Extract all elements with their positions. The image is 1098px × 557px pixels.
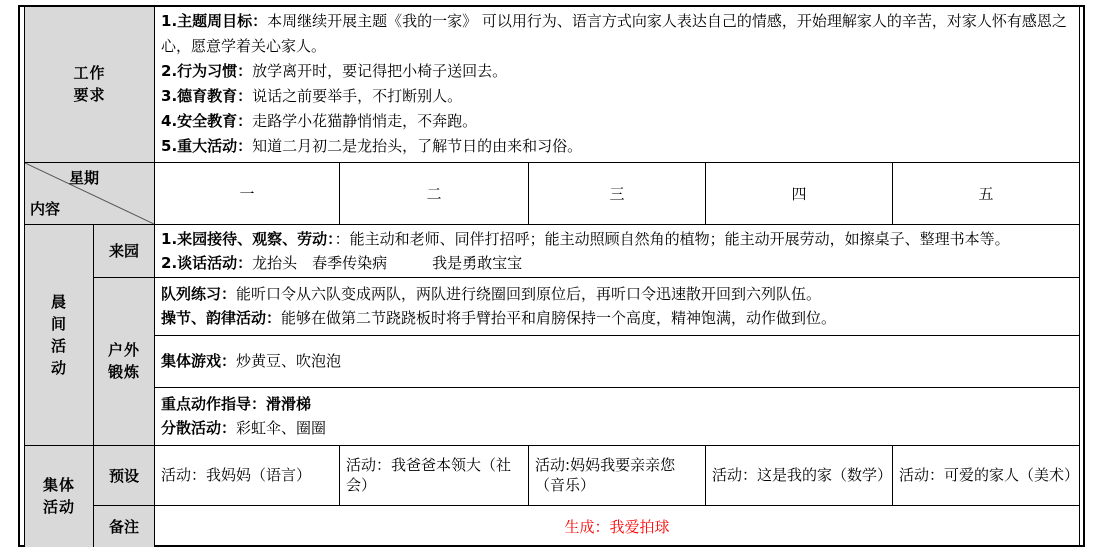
row-group-game: 集体游戏：炒黄豆、吹泡泡: [25, 335, 1080, 387]
row-arrival: 晨 间 活 动 来园 1.来园接待、观察、劳动：：能主动和老师、同伴打招呼；能主…: [25, 224, 1080, 277]
note-content: 生成：我爱拍球: [155, 505, 1080, 547]
arrival-label: 来园: [94, 224, 155, 277]
work-item: 2.行为习惯：放学离开时，要记得把小椅子送回去。: [161, 59, 1073, 84]
row-key-guidance: 重点动作指导：滑滑梯 分散活动：彩虹伞、圈圈: [25, 387, 1080, 445]
corner-label-content: 内容: [30, 198, 60, 219]
group-game-line: 集体游戏：炒黄豆、吹泡泡: [161, 349, 1073, 373]
group-game-content: 集体游戏：炒黄豆、吹泡泡: [155, 335, 1080, 387]
day-header-tue: 二: [340, 162, 529, 224]
work-item: 1.主题周目标：本周继续开展主题《我的一家》 可以用行为、语言方式向家人表达自己…: [161, 9, 1073, 59]
generated-activity-text: 生成：我爱拍球: [565, 518, 670, 536]
corner-diagonal-cell: 星期 内容: [25, 162, 155, 224]
arrival-line: 2.谈话活动：龙抬头 春季传染病 我是勇敢宝宝: [161, 251, 1073, 275]
scatter-line: 分散活动：彩虹伞、圈圈: [161, 416, 1073, 440]
drill-content: 队列练习：能听口令从六队变成两队，两队进行绕圈回到原位后，再听口令迅速散开回到六…: [155, 277, 1080, 335]
key-guidance-line: 重点动作指导：滑滑梯: [161, 392, 1073, 416]
work-item: 5.重大活动：知道二月初二是龙抬头，了解节日的由来和习俗。: [161, 134, 1073, 159]
day-header-fri: 五: [893, 162, 1080, 224]
work-item: 3.德育教育：说话之前要举手，不打断别人。: [161, 84, 1073, 109]
key-guidance-content: 重点动作指导：滑滑梯 分散活动：彩虹伞、圈圈: [155, 387, 1080, 445]
preset-label: 预设: [94, 445, 155, 505]
drill-line: 操节、韵律活动：能够在做第二节跷跷板时将手臂抬平和肩膀保持一个高度，精神饱满，动…: [161, 306, 1073, 330]
day-header-mon: 一: [155, 162, 340, 224]
row-work-requirements: 工作 要求 1.主题周目标：本周继续开展主题《我的一家》 可以用行为、语言方式向…: [25, 7, 1080, 162]
row-weekday-header: 星期 内容 一 二 三 四 五: [25, 162, 1080, 224]
morning-activity-label: 晨 间 活 动: [25, 224, 94, 445]
note-label: 备注: [94, 505, 155, 547]
row-outdoor-drill: 户外 锻炼 队列练习：能听口令从六队变成两队，两队进行绕圈回到原位后，再听口令迅…: [25, 277, 1080, 335]
preset-activity-wed: 活动:妈妈我要亲亲您（音乐）: [529, 445, 706, 505]
preset-activity-fri: 活动：可爱的家人（美术）: [893, 445, 1080, 505]
preset-activity-tue: 活动：我爸爸本领大（社会）: [340, 445, 529, 505]
collective-activity-label: 集体 活动: [25, 445, 94, 547]
work-requirements-label: 工作 要求: [25, 7, 155, 162]
day-header-wed: 三: [529, 162, 706, 224]
preset-activity-mon: 活动：我妈妈（语言）: [155, 445, 340, 505]
arrival-content: 1.来园接待、观察、劳动：：能主动和老师、同伴打招呼；能主动照顾自然角的植物；能…: [155, 224, 1080, 277]
outdoor-exercise-label: 户外 锻炼: [94, 277, 155, 445]
work-item: 4.安全教育：走路学小花猫静悄悄走，不奔跑。: [161, 109, 1073, 134]
drill-line: 队列练习：能听口令从六队变成两队，两队进行绕圈回到原位后，再听口令迅速散开回到六…: [161, 282, 1073, 306]
row-note: 备注 生成：我爱拍球: [25, 505, 1080, 547]
preset-activity-thu: 活动：这是我的家（数学）: [706, 445, 893, 505]
weekly-plan-table: 工作 要求 1.主题周目标：本周继续开展主题《我的一家》 可以用行为、语言方式向…: [18, 5, 1085, 547]
work-requirements-content: 1.主题周目标：本周继续开展主题《我的一家》 可以用行为、语言方式向家人表达自己…: [155, 7, 1080, 162]
row-preset: 集体 活动 预设 活动：我妈妈（语言） 活动：我爸爸本领大（社会） 活动:妈妈我…: [25, 445, 1080, 505]
corner-label-week: 星期: [69, 167, 99, 188]
day-header-thu: 四: [706, 162, 893, 224]
arrival-line: 1.来园接待、观察、劳动：：能主动和老师、同伴打招呼；能主动照顾自然角的植物；能…: [161, 227, 1073, 251]
plan-grid: 工作 要求 1.主题周目标：本周继续开展主题《我的一家》 可以用行为、语言方式向…: [24, 7, 1080, 547]
